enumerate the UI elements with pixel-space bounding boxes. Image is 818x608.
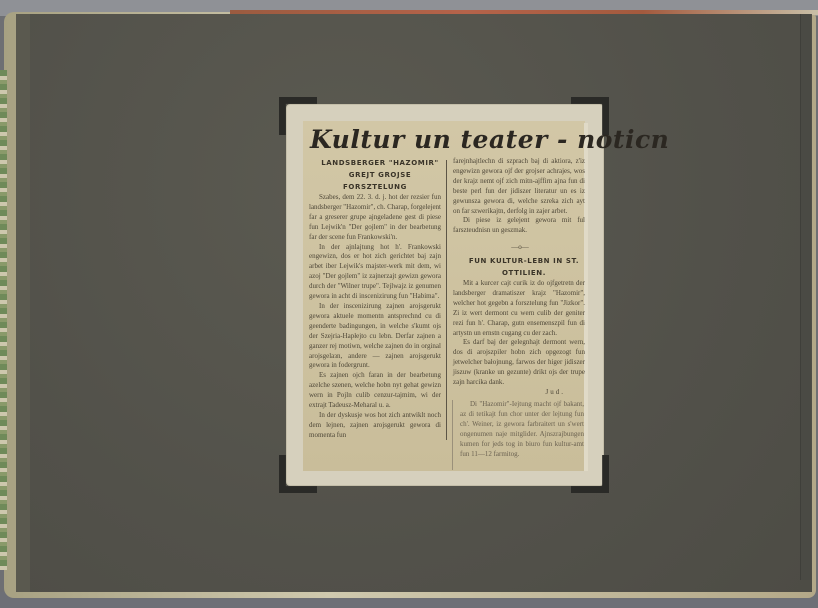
column-divider-lower: [452, 400, 453, 470]
hazomir-notice-text: Di "Hazomir"-Iejtung macht ojf bakant, a…: [460, 400, 584, 459]
article-1-paragraph: In der dyskusje wos hot zich antwiklt no…: [309, 411, 441, 441]
article-1-paragraph: In der inscenizirung zajnen arojsgerukt …: [309, 302, 441, 371]
article-separator: —o—: [500, 243, 540, 251]
article-1-headline-1: LANDSBERGER "HAZOMIR": [309, 157, 441, 169]
article-1-paragraph: Es zajnen ojch faran in der bearbetung a…: [309, 371, 441, 411]
article-2-headline-1: FUN KULTUR-LEBN IN ST.: [453, 255, 585, 267]
article-1-paragraph: Szabes, dem 22. 3. d. j. hot der rezsier…: [309, 193, 441, 243]
article-2-signature: Jud.: [453, 388, 585, 398]
article-2-paragraph: Es darf baj der gelegnhajt dermont wern,…: [453, 338, 585, 388]
article-1-continued-paragraph: Di piese iz gelejent gewora mit ful fars…: [453, 216, 585, 236]
clipping-masthead: Kultur un teater - noticn: [310, 122, 580, 158]
article-1: LANDSBERGER "HAZOMIR" GREJT GROJSE FORSZ…: [309, 157, 441, 441]
page-binding-strip: [16, 14, 30, 592]
article-1-continued: farejnhajtlechn di szprach baj di aktior…: [453, 157, 585, 236]
page-edge-strip: [800, 14, 811, 580]
article-2-headline-2: OTTILIEN.: [453, 267, 585, 279]
article-1-headline-2: GREJT GROJSE FORSZTELUNG: [309, 169, 441, 193]
article-2: FUN KULTUR-LEBN IN ST. OTTILIEN. Mit a k…: [453, 255, 585, 398]
album-cover-spine-edge: [0, 70, 7, 570]
article-1-continued-paragraph: farejnhajtlechn di szprach baj di aktior…: [453, 157, 585, 216]
hazomir-notice: Di "Hazomir"-Iejtung macht ojf bakant, a…: [460, 400, 584, 459]
column-divider: [446, 160, 447, 440]
article-1-paragraph: In der ajnlajtung hot h'. Frankowski eng…: [309, 243, 441, 302]
article-2-paragraph: Mit a kurcer cajt curik iz do ojfgetretn…: [453, 279, 585, 338]
